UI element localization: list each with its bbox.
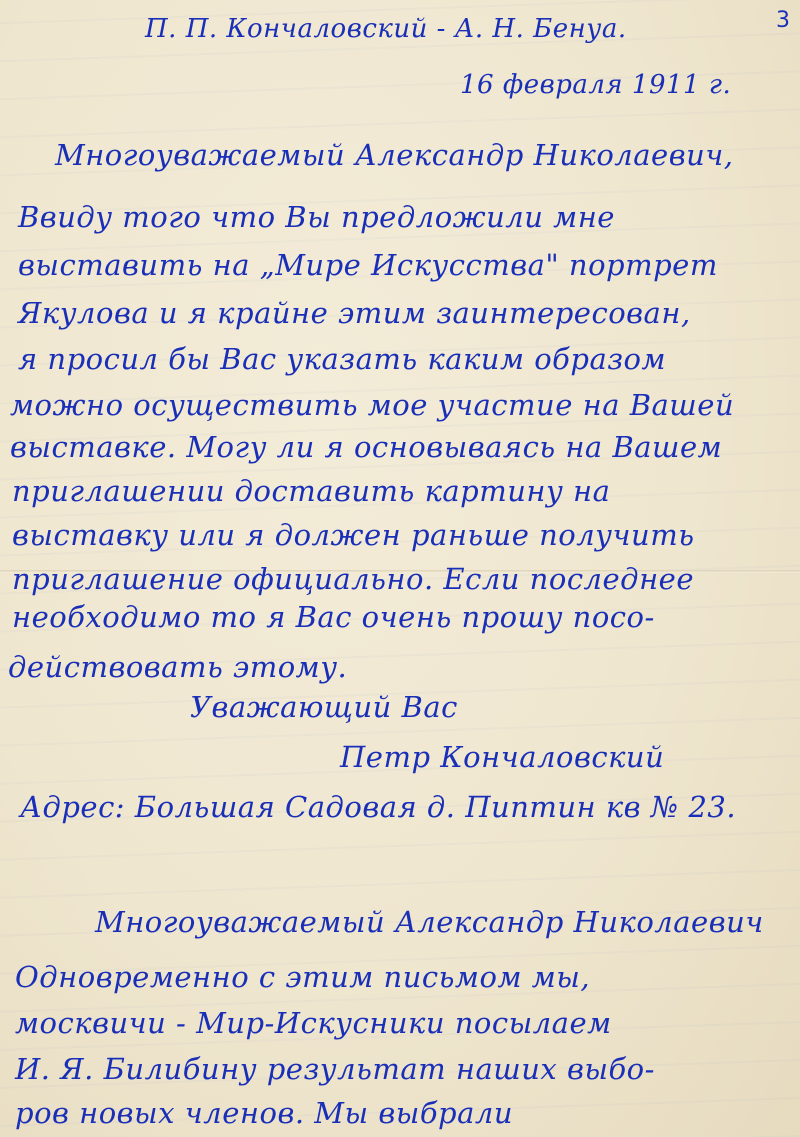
letter1-line: выставку или я должен раньше получить: [12, 518, 695, 552]
letter1-line: Ввиду того что Вы предложили мне: [18, 200, 615, 234]
letter1-line: приглашении доставить картину на: [12, 474, 610, 508]
letter2-line: И. Я. Билибину результат наших выбо-: [15, 1052, 655, 1086]
letter-page: 3 П. П. Кончаловский - А. Н. Бенуа. 16 ф…: [0, 0, 800, 1137]
letter2-line: москвичи - Мир-Искусники посылаем: [15, 1006, 612, 1040]
letter1-line: выставке. Могу ли я основываясь на Вашем: [10, 430, 722, 464]
salutation-1: Многоуважаемый Александр Николаевич,: [55, 138, 734, 172]
signature: Петр Кончаловский: [340, 740, 664, 774]
header-date: 16 февраля 1911 г.: [460, 70, 731, 100]
address: Адрес: Большая Садовая д. Пиптин кв № 23…: [20, 790, 736, 824]
letter2-line: Одновременно с этим письмом мы,: [15, 960, 590, 994]
letter2-line: ров новых членов. Мы выбрали: [15, 1096, 513, 1130]
header-title: П. П. Кончаловский - А. Н. Бенуа.: [145, 14, 627, 44]
letter1-line: необходимо то я Вас очень прошу посо-: [12, 600, 655, 634]
letter1-line: можно осуществить мое участие на Вашей: [10, 388, 734, 422]
salutation-2: Многоуважаемый Александр Николаевич: [95, 905, 764, 939]
letter1-line: Якулова и я крайне этим заинтересован,: [18, 296, 691, 330]
letter1-line: действовать этому.: [8, 650, 347, 684]
letter1-line: приглашение официально. Если последнее: [12, 562, 694, 596]
page-number: 3: [776, 8, 790, 33]
letter1-line: я просил бы Вас указать каким образом: [18, 342, 666, 376]
letter1-line: выставить на „Мире Искусства" портрет: [18, 248, 718, 282]
closing: Уважающий Вас: [190, 690, 458, 724]
